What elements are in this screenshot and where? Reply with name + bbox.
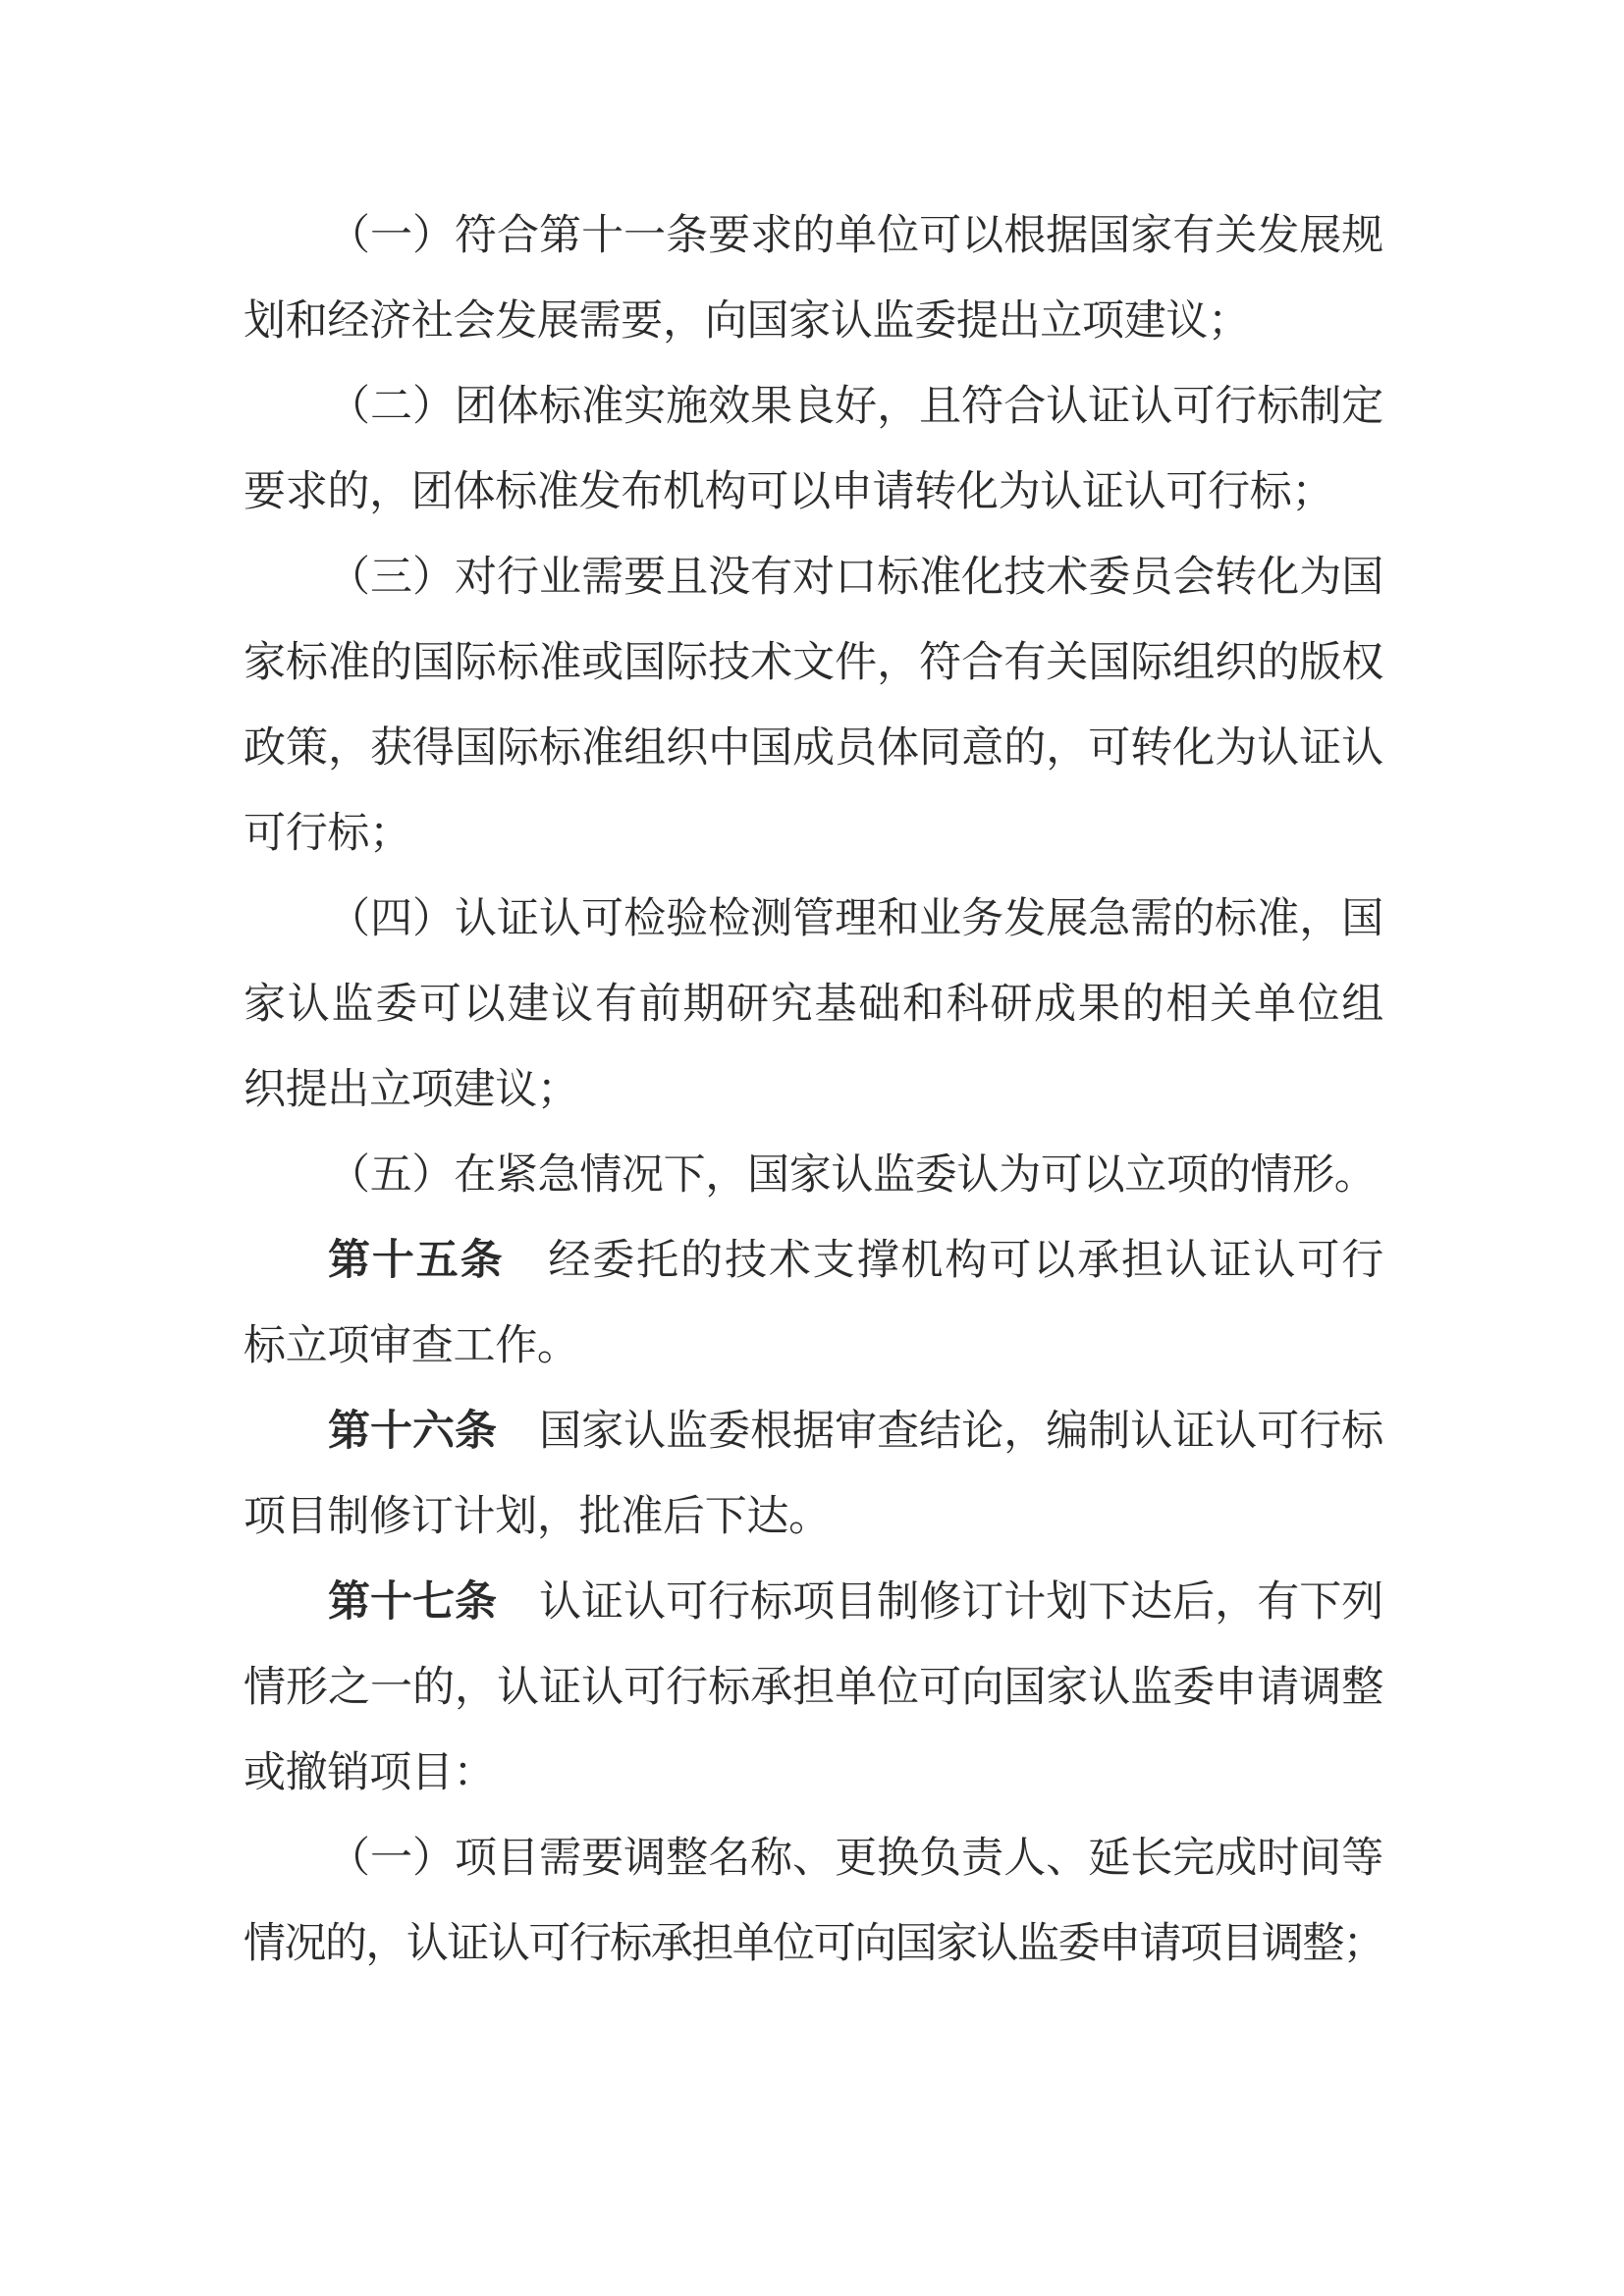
- text-line: 要求的，团体标准发布机构可以申请转化为认证认可行标；: [244, 450, 1383, 535]
- line-text: 项目制修订计划，批准后下达。: [244, 1494, 831, 1540]
- item-paragraph-4: （四）认证认可检验检测管理和业务发展急需的标准，国家认监委可以建议有前期研究基础…: [244, 877, 1383, 1133]
- line-text: （三）对行业需要且没有对口标准化技术委员会转化为国: [328, 555, 1383, 601]
- line-text: 标立项审查工作。: [244, 1323, 579, 1369]
- document-page: （一）符合第十一条要求的单位可以根据国家有关发展规划和经济社会发展需要，向国家认…: [0, 0, 1624, 2296]
- text-line: （二）团体标准实施效果良好，且符合认证认可行标制定: [244, 364, 1383, 450]
- line-text: 情形之一的，认证认可行标承担单位可向国家认监委申请调整: [244, 1665, 1383, 1711]
- text-line: （五）在紧急情况下，国家认监委认为可以立项的情形。: [244, 1133, 1383, 1218]
- text-line: （四）认证认可检验检测管理和业务发展急需的标准，国: [244, 877, 1383, 962]
- text-line: 第十六条 国家认监委根据审查结论，编制认证认可行标: [244, 1389, 1383, 1474]
- line-text: （一）符合第十一条要求的单位可以根据国家有关发展规: [328, 213, 1383, 259]
- article-number: 第十七条: [328, 1579, 497, 1626]
- text-line: （三）对行业需要且没有对口标准化技术委员会转化为国: [244, 535, 1383, 620]
- line-text: 经委托的技术支撑机构可以承担认证认可行: [505, 1238, 1383, 1284]
- item-paragraph-6: （一）项目需要调整名称、更换负责人、延长完成时间等情况的，认证认可行标承担单位可…: [244, 1816, 1383, 1987]
- line-text: （一）项目需要调整名称、更换负责人、延长完成时间等: [328, 1836, 1383, 1882]
- line-text: 国家认监委根据审查结论，编制认证认可行标: [497, 1409, 1383, 1455]
- line-text: 政策，获得国际标准组织中国成员体同意的，可转化为认证认: [244, 725, 1383, 772]
- line-text: 可行标；: [244, 811, 411, 857]
- item-paragraph-3: （三）对行业需要且没有对口标准化技术委员会转化为国家标准的国际标准或国际技术文件…: [244, 535, 1383, 877]
- text-line: 情况的，认证认可行标承担单位可向国家认监委申请项目调整；: [244, 1901, 1383, 1987]
- article-16-paragraph: 第十六条 国家认监委根据审查结论，编制认证认可行标项目制修订计划，批准后下达。: [244, 1389, 1383, 1560]
- line-text: 织提出立项建议；: [244, 1067, 579, 1113]
- line-text: 家标准的国际标准或国际技术文件，符合有关国际组织的版权: [244, 640, 1383, 686]
- line-text: （四）认证认可检验检测管理和业务发展急需的标准，国: [328, 896, 1383, 942]
- text-line: 第十五条 经委托的技术支撑机构可以承担认证认可行: [244, 1218, 1383, 1304]
- article-17-paragraph: 第十七条 认证认可行标项目制修订计划下达后，有下列情形之一的，认证认可行标承担单…: [244, 1560, 1383, 1816]
- line-text: 认证认可行标项目制修订计划下达后，有下列: [497, 1579, 1383, 1626]
- article-15-paragraph: 第十五条 经委托的技术支撑机构可以承担认证认可行标立项审查工作。: [244, 1218, 1383, 1389]
- article-number: 第十六条: [328, 1409, 497, 1455]
- item-paragraph-1: （一）符合第十一条要求的单位可以根据国家有关发展规划和经济社会发展需要，向国家认…: [244, 193, 1383, 364]
- text-line: 情形之一的，认证认可行标承担单位可向国家认监委申请调整: [244, 1645, 1383, 1731]
- text-line: 家标准的国际标准或国际技术文件，符合有关国际组织的版权: [244, 620, 1383, 706]
- text-line: 或撤销项目：: [244, 1731, 1383, 1816]
- text-line: （一）符合第十一条要求的单位可以根据国家有关发展规: [244, 193, 1383, 279]
- item-paragraph-2: （二）团体标准实施效果良好，且符合认证认可行标制定要求的，团体标准发布机构可以申…: [244, 364, 1383, 535]
- line-text: 要求的，团体标准发布机构可以申请转化为认证认可行标；: [244, 469, 1333, 515]
- line-text: 家认监委可以建议有前期研究基础和科研成果的相关单位组: [244, 982, 1383, 1028]
- line-text: 情况的，认证认可行标承担单位可向国家认监委申请项目调整；: [244, 1921, 1383, 1967]
- text-line: 划和经济社会发展需要，向国家认监委提出立项建议；: [244, 279, 1383, 364]
- document-body: （一）符合第十一条要求的单位可以根据国家有关发展规划和经济社会发展需要，向国家认…: [244, 193, 1383, 1987]
- line-text: （二）团体标准实施效果良好，且符合认证认可行标制定: [328, 384, 1383, 430]
- text-line: 标立项审查工作。: [244, 1304, 1383, 1389]
- text-line: 项目制修订计划，批准后下达。: [244, 1474, 1383, 1560]
- text-line: 可行标；: [244, 791, 1383, 877]
- text-line: 政策，获得国际标准组织中国成员体同意的，可转化为认证认: [244, 706, 1383, 791]
- line-text: 划和经济社会发展需要，向国家认监委提出立项建议；: [244, 298, 1250, 345]
- text-line: 第十七条 认证认可行标项目制修订计划下达后，有下列: [244, 1560, 1383, 1645]
- line-text: 或撤销项目：: [244, 1750, 495, 1796]
- item-paragraph-5: （五）在紧急情况下，国家认监委认为可以立项的情形。: [244, 1133, 1383, 1218]
- article-number: 第十五条: [328, 1238, 505, 1284]
- text-line: 织提出立项建议；: [244, 1047, 1383, 1133]
- text-line: （一）项目需要调整名称、更换负责人、延长完成时间等: [244, 1816, 1383, 1901]
- line-text: （五）在紧急情况下，国家认监委认为可以立项的情形。: [328, 1152, 1377, 1199]
- text-line: 家认监委可以建议有前期研究基础和科研成果的相关单位组: [244, 962, 1383, 1047]
